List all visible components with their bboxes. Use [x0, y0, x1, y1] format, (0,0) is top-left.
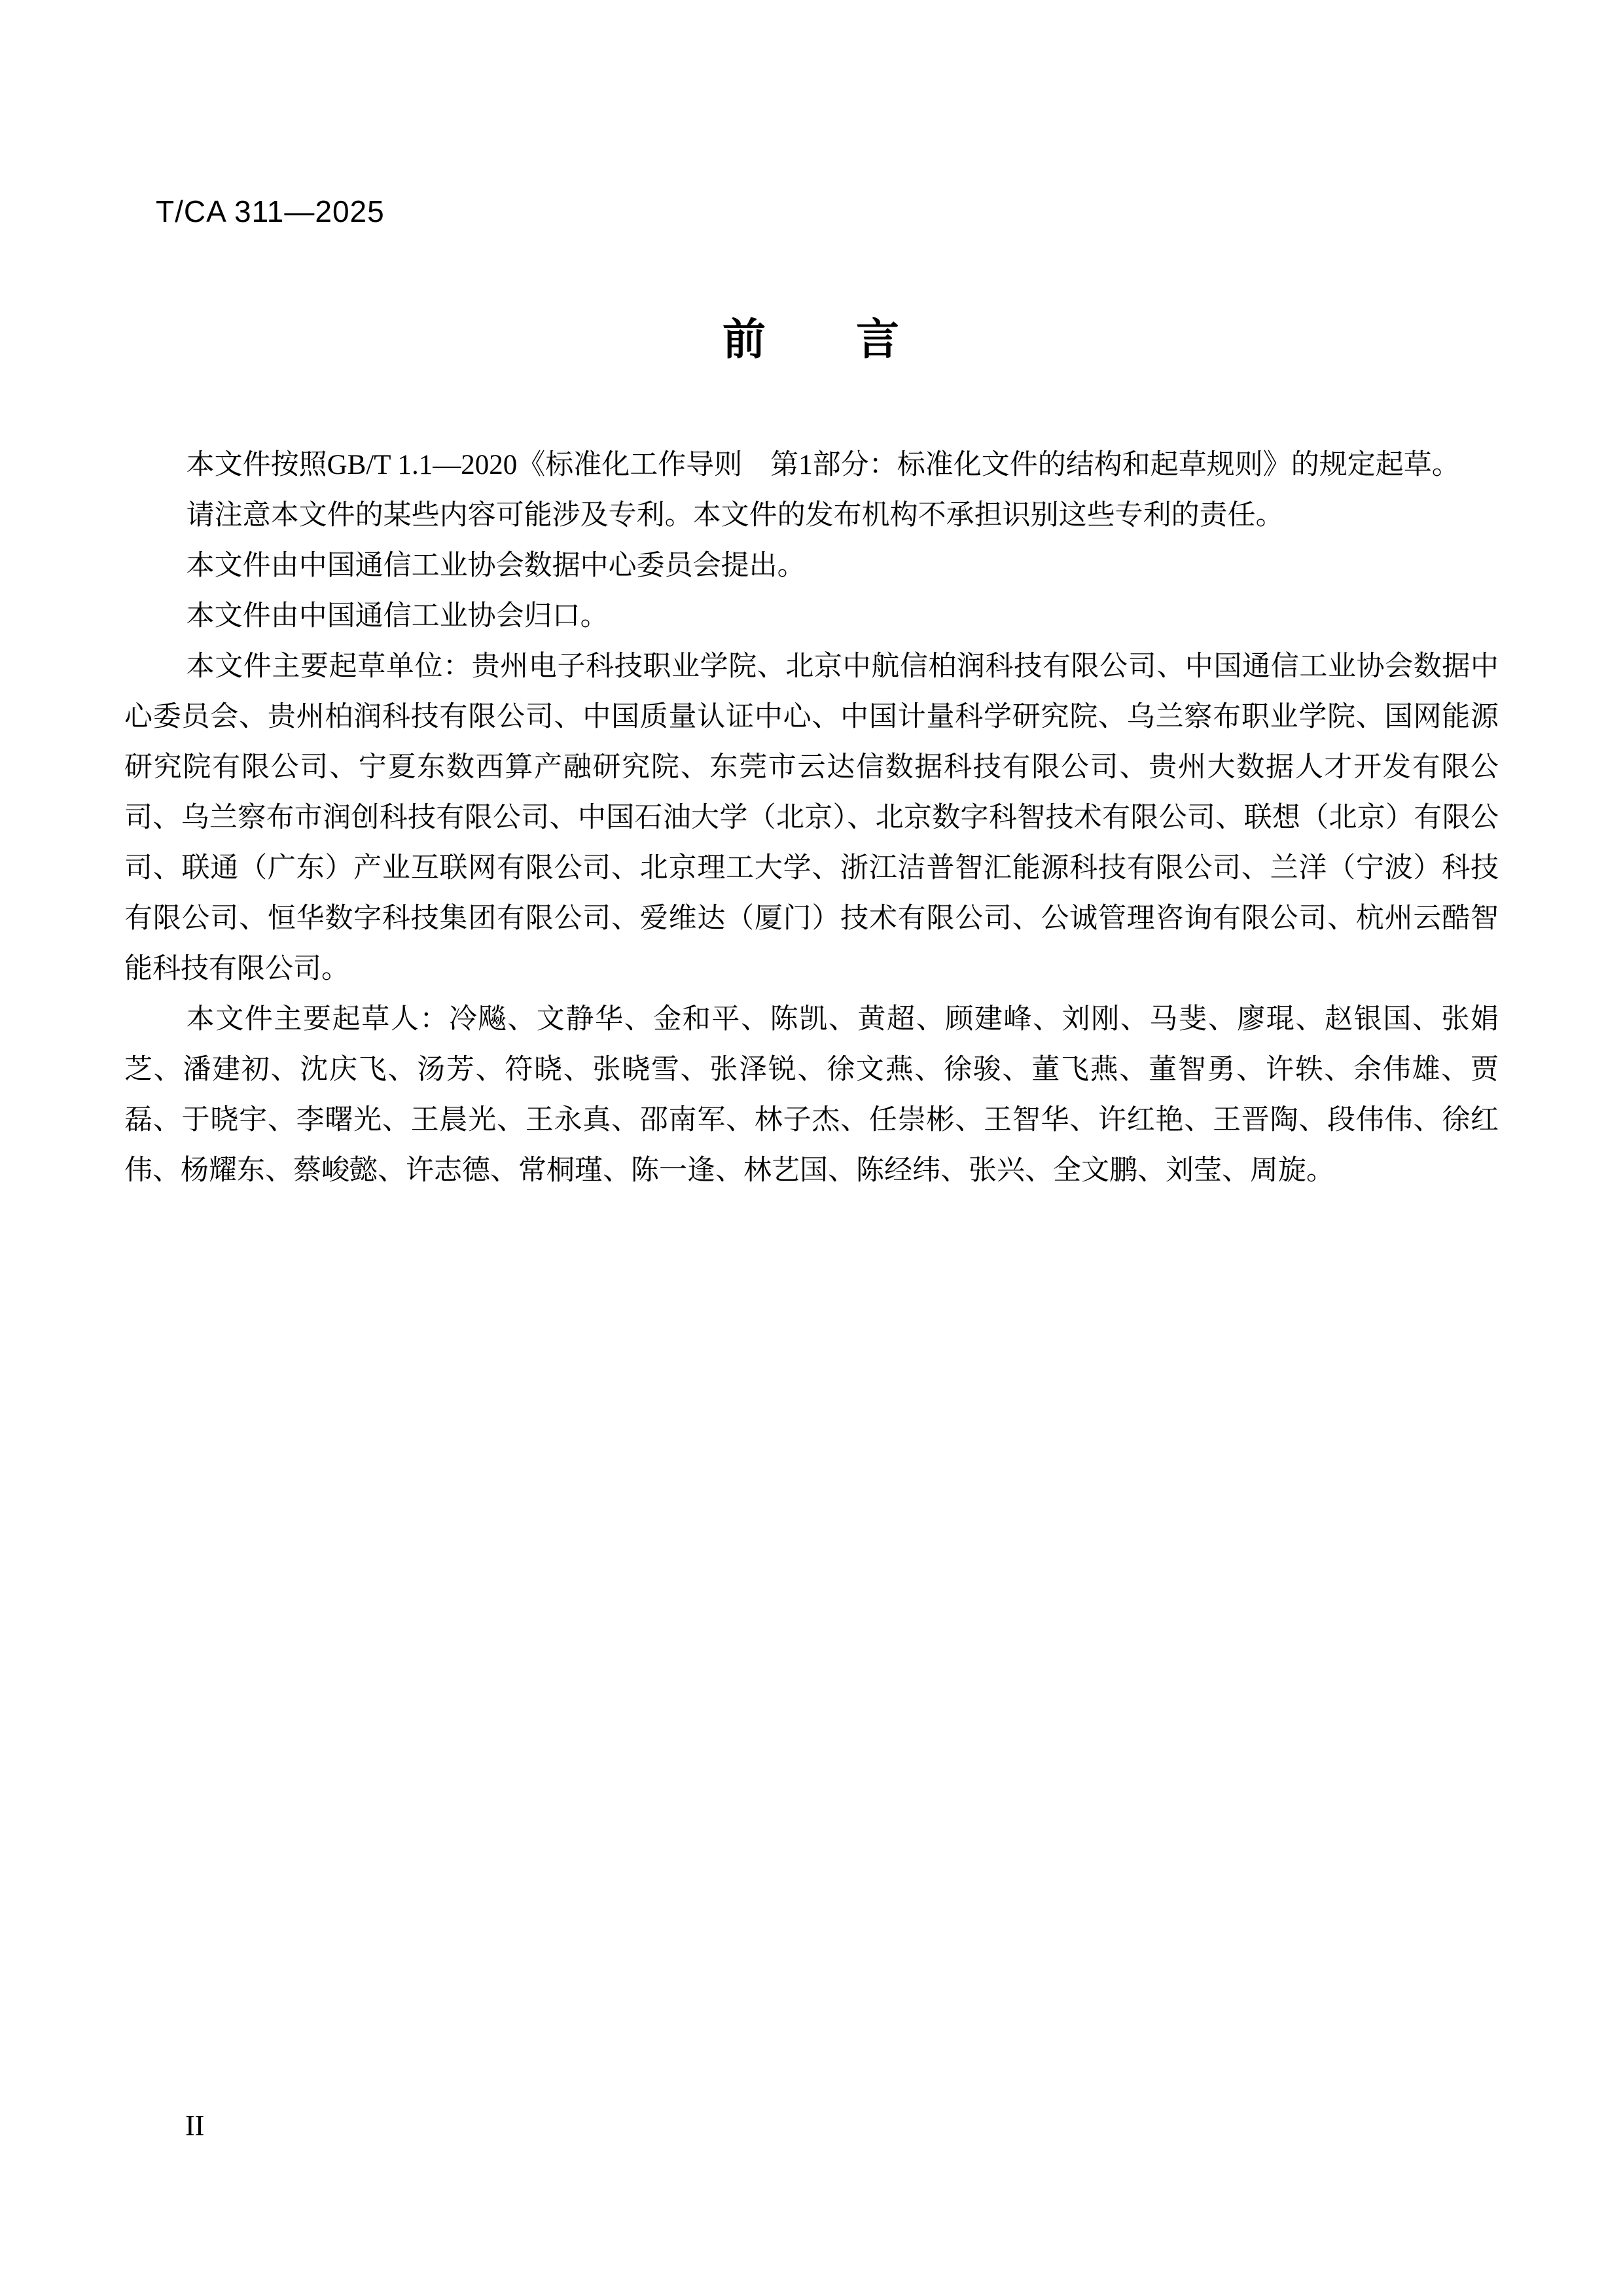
page-number: II — [185, 2109, 204, 2142]
paragraph-proposed-by: 本文件由中国通信工业协会数据中心委员会提出。 — [124, 541, 1499, 591]
document-page: T/CA 311—2025 前 言 本文件按照GB/T 1.1—2020《标准化… — [0, 0, 1623, 2296]
paragraph-drafting-organizations: 本文件主要起草单位：贵州电子科技职业学院、北京中航信柏润科技有限公司、中国通信工… — [124, 641, 1499, 994]
paragraph-drafters: 本文件主要起草人：冷飚、文静华、金和平、陈凯、黄超、顾建峰、刘刚、马斐、廖琨、赵… — [124, 994, 1499, 1196]
page-title: 前 言 — [124, 315, 1499, 363]
paragraph-centralized-by: 本文件由中国通信工业协会归口。 — [124, 591, 1499, 641]
paragraph-patent-notice: 请注意本文件的某些内容可能涉及专利。本文件的发布机构不承担识别这些专利的责任。 — [124, 490, 1499, 541]
paragraph-drafting-basis: 本文件按照GB/T 1.1—2020《标准化工作导则 第1部分：标准化文件的结构… — [124, 440, 1499, 490]
foreword-body: 本文件按照GB/T 1.1—2020《标准化工作导则 第1部分：标准化文件的结构… — [124, 440, 1499, 1196]
standard-number: T/CA 311—2025 — [156, 194, 385, 229]
